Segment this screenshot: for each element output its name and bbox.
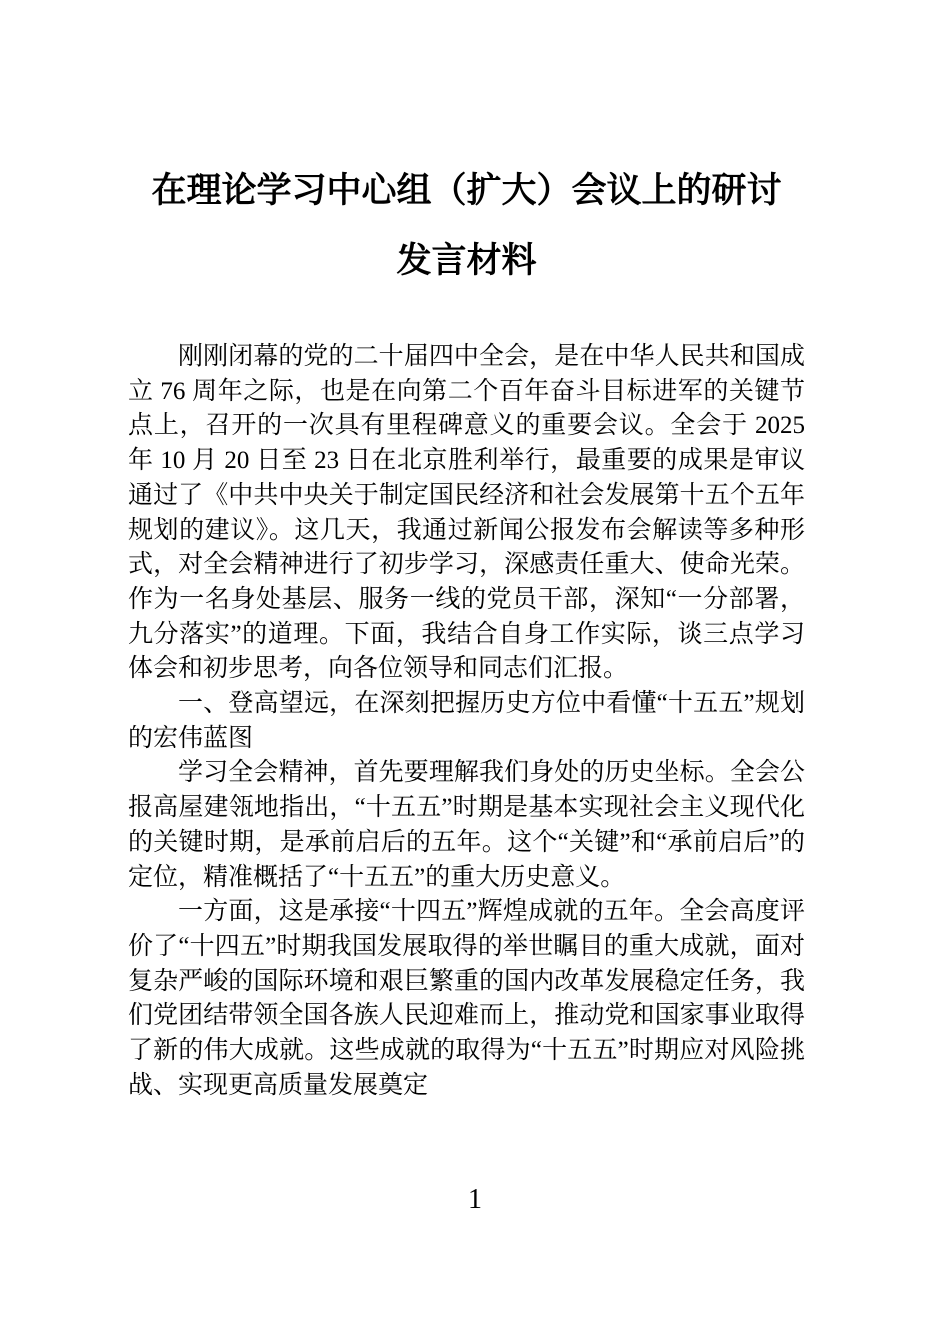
document-title: 在理论学习中心组（扩大）会议上的研讨 发言材料	[128, 0, 805, 296]
document-body: 刚刚闭幕的党的二十届四中全会，是在中华人民共和国成立 76 周年之际，也是在向第…	[128, 340, 805, 1103]
document-title-line-1: 在理论学习中心组（扩大）会议上的研讨	[128, 156, 805, 226]
document-title-line-2: 发言材料	[128, 226, 805, 296]
paragraph-intro: 刚刚闭幕的党的二十届四中全会，是在中华人民共和国成立 76 周年之际，也是在向第…	[128, 340, 805, 687]
paragraph-achievements: 一方面，这是承接“十四五”辉煌成就的五年。全会高度评价了“十四五”时期我国发展取…	[128, 895, 805, 1103]
text-column: 在理论学习中心组（扩大）会议上的研讨 发言材料 刚刚闭幕的党的二十届四中全会，是…	[128, 0, 805, 1103]
page-number: 1	[0, 1183, 950, 1217]
section-heading-1: 一、登高望远，在深刻把握历史方位中看懂“十五五”规划的宏伟蓝图	[128, 687, 805, 756]
paragraph-history-coordinates: 学习全会精神，首先要理解我们身处的历史坐标。全会公报高屋建瓴地指出，“十五五”时…	[128, 756, 805, 895]
document-page: 在理论学习中心组（扩大）会议上的研讨 发言材料 刚刚闭幕的党的二十届四中全会，是…	[0, 0, 950, 1344]
